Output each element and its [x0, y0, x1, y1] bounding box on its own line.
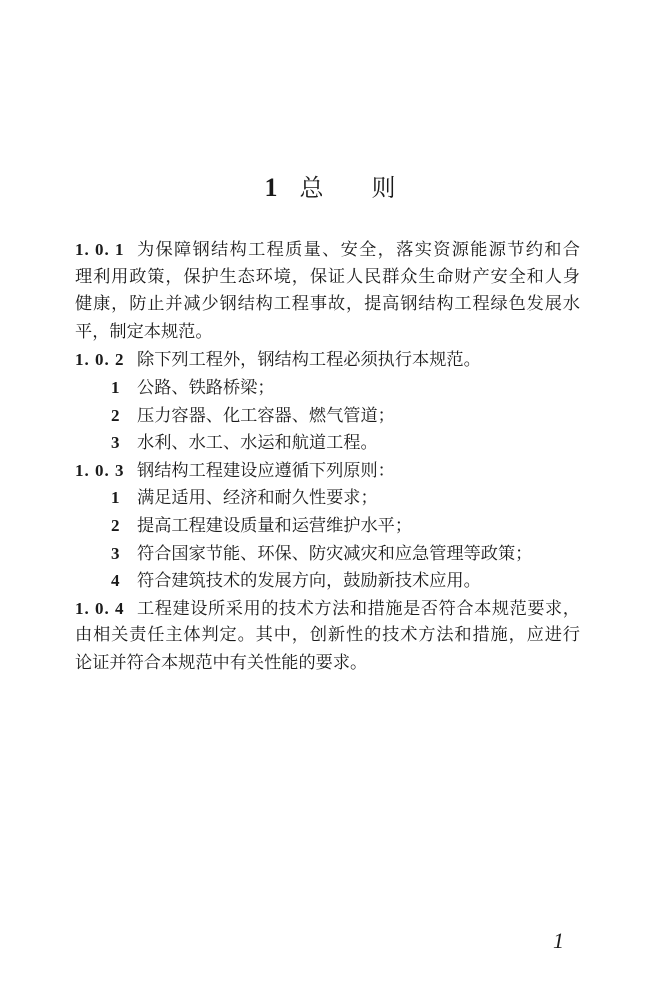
clause-text: 理利用政策，保护生态环境，保证人民群众生命财产安全和人身	[75, 264, 580, 292]
clause-item: 2压力容器、化工容器、燃气管道；	[75, 402, 580, 430]
chapter-body: 1. 0. 1为保障钢结构工程质量、安全，落实资源能源节约和合 理利用政策，保护…	[75, 236, 580, 678]
clause-number: 1. 0. 3	[75, 457, 137, 485]
chapter-title-char-2: 则	[372, 174, 396, 202]
clause-text: 钢结构工程建设应遵循下列原则：	[137, 461, 395, 481]
document-page: 1总则 1. 0. 1为保障钢结构工程质量、安全，落实资源能源节约和合 理利用政…	[0, 0, 660, 988]
clause-1-0-1-line-4: 平，制定本规范。	[75, 319, 580, 347]
clause-item: 4符合建筑技术的发展方向，鼓励新技术应用。	[75, 567, 580, 595]
item-text: 提高工程建设质量和运营维护水平；	[137, 516, 412, 536]
item-text: 压力容器、化工容器、燃气管道；	[137, 406, 395, 426]
clause-1-0-1-line-3: 健康，防止并减少钢结构工程事故，提高钢结构工程绿色发展水	[75, 291, 580, 319]
item-number: 4	[111, 567, 137, 595]
page-number: 1	[553, 928, 564, 954]
clause-1-0-4-line-2: 由相关责任主体判定。其中，创新性的技术方法和措施，应进行	[75, 622, 580, 650]
clause-1-0-3-line-1: 1. 0. 3钢结构工程建设应遵循下列原则：	[75, 457, 580, 485]
clause-1-0-1-line-2: 理利用政策，保护生态环境，保证人民群众生命财产安全和人身	[75, 264, 580, 292]
clause-text: 论证并符合本规范中有关性能的要求。	[75, 653, 367, 673]
clause-text: 除下列工程外，钢结构工程必须执行本规范。	[137, 350, 481, 370]
clause-number: 1. 0. 4	[75, 595, 137, 623]
clause-1-0-1-line-1: 1. 0. 1为保障钢结构工程质量、安全，落实资源能源节约和合	[75, 236, 580, 264]
clause-number: 1. 0. 1	[75, 236, 137, 264]
item-text: 符合建筑技术的发展方向，鼓励新技术应用。	[137, 571, 481, 591]
item-text: 水利、水工、水运和航道工程。	[137, 433, 378, 453]
clause-number: 1. 0. 2	[75, 346, 137, 374]
item-number: 1	[111, 374, 137, 402]
clause-1-0-4-line-3: 论证并符合本规范中有关性能的要求。	[75, 650, 580, 678]
chapter-number: 1	[265, 173, 278, 202]
item-text: 满足适用、经济和耐久性要求；	[137, 488, 378, 508]
item-number: 2	[111, 512, 137, 540]
clause-text: 为保障钢结构工程质量、安全，落实资源能源节约和合	[137, 237, 580, 265]
clause-item: 3水利、水工、水运和航道工程。	[75, 429, 580, 457]
clause-1-0-2-line-1: 1. 0. 2除下列工程外，钢结构工程必须执行本规范。	[75, 346, 580, 374]
clause-text: 由相关责任主体判定。其中，创新性的技术方法和措施，应进行	[75, 622, 580, 650]
item-number: 1	[111, 484, 137, 512]
chapter-heading: 1总则	[0, 170, 660, 206]
item-text: 符合国家节能、环保、防灾减灾和应急管理等政策；	[137, 544, 532, 564]
clause-item: 1满足适用、经济和耐久性要求；	[75, 484, 580, 512]
item-text: 公路、铁路桥梁；	[137, 378, 275, 398]
item-number: 3	[111, 429, 137, 457]
clause-item: 1公路、铁路桥梁；	[75, 374, 580, 402]
item-number: 3	[111, 540, 137, 568]
clause-item: 2提高工程建设质量和运营维护水平；	[75, 512, 580, 540]
item-number: 2	[111, 402, 137, 430]
chapter-title-char-1: 总	[300, 174, 324, 202]
clause-text: 平，制定本规范。	[75, 322, 213, 342]
clause-item: 3符合国家节能、环保、防灾减灾和应急管理等政策；	[75, 540, 580, 568]
clause-text: 工程建设所采用的技术方法和措施是否符合本规范要求，	[137, 596, 580, 624]
clause-1-0-4-line-1: 1. 0. 4工程建设所采用的技术方法和措施是否符合本规范要求，	[75, 595, 580, 623]
clause-text: 健康，防止并减少钢结构工程事故，提高钢结构工程绿色发展水	[75, 291, 580, 319]
